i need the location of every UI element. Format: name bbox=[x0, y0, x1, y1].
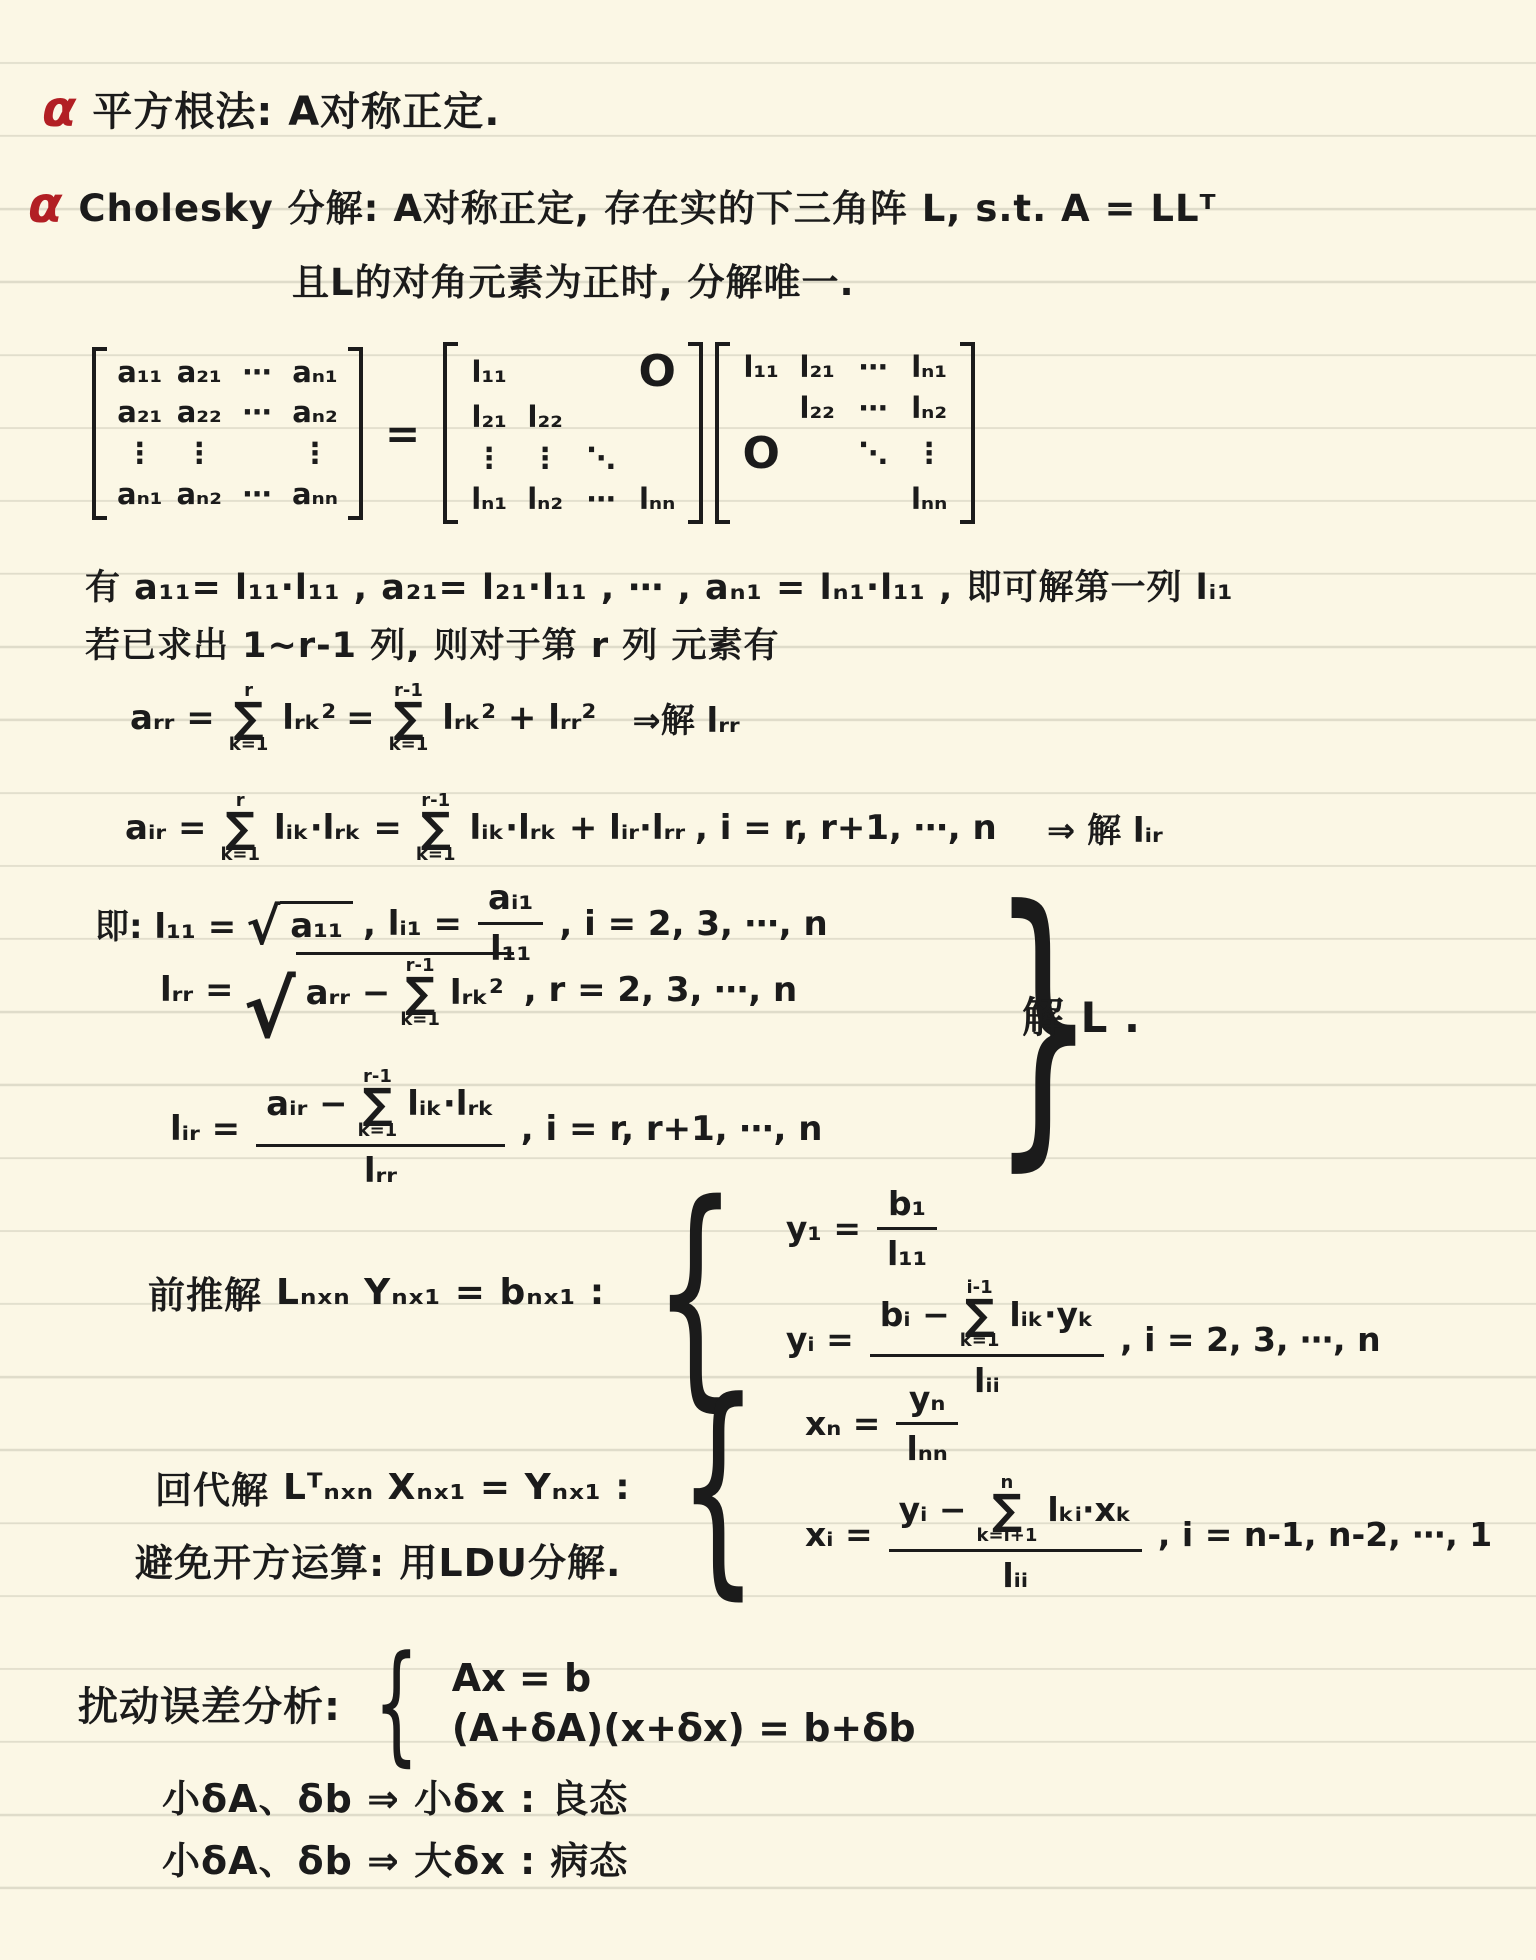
left-brace-icon: { bbox=[374, 1638, 419, 1768]
forward-substitution-label: 前推解 bbox=[148, 1265, 262, 1319]
matrix-cell: l₁₁ bbox=[468, 355, 510, 390]
sigma-icon: ∑ bbox=[393, 700, 423, 736]
sigma-icon: ∑ bbox=[421, 810, 451, 846]
lir-numerator-pre: aᵢᵣ − bbox=[266, 1084, 347, 1124]
right-bracket bbox=[688, 342, 703, 524]
arr-equals: = bbox=[346, 698, 375, 738]
matrix-cell: lₙ₁ bbox=[468, 482, 510, 517]
summation: i-1 ∑ k=1 bbox=[960, 1279, 1000, 1351]
square-root: √ a₁₁ bbox=[246, 901, 353, 946]
fraction-numerator: b₁ bbox=[877, 1184, 937, 1227]
heading-sqrt-method: 平方根法: A对称正定. bbox=[92, 80, 500, 137]
alpha-marker-icon: α bbox=[28, 180, 62, 230]
matrix-A: a₁₁a₂₁⋯aₙ₁a₂₁a₂₂⋯aₙ₂⋮⋮⋮aₙ₁aₙ₂⋯aₙₙ bbox=[92, 347, 363, 520]
equals-sign: = bbox=[385, 409, 421, 458]
matrix-cell: lₙₙ bbox=[908, 482, 950, 517]
air-term1: lᵢₖ·lᵣₖ = bbox=[274, 808, 402, 848]
matrix-cell: ⋱ bbox=[852, 436, 894, 471]
perturbation-label: 扰动误差分析: bbox=[78, 1675, 341, 1732]
forward-case-1: y₁ = b₁ l₁₁ bbox=[786, 1184, 943, 1273]
matrix-cell: lₙ₂ bbox=[908, 391, 950, 426]
matrix-cell: l₂₂ bbox=[524, 400, 566, 435]
back-case-2: xᵢ = yᵢ − n ∑ k=i+1 lₖᵢ·xₖ lᵢᵢ , i = n-1… bbox=[805, 1474, 1492, 1596]
xi-numerator-pre: yᵢ − bbox=[899, 1490, 967, 1529]
matrix-cell: a₂₁ bbox=[177, 355, 222, 390]
matrix-cell: lₙ₁ bbox=[908, 350, 950, 385]
right-bracket bbox=[348, 347, 363, 520]
radical-icon: √ bbox=[246, 908, 280, 949]
sigma-icon: ∑ bbox=[992, 1492, 1022, 1528]
xi-numerator-post: lₖᵢ·xₖ bbox=[1047, 1490, 1132, 1529]
left-brace-icon: { bbox=[678, 1372, 758, 1602]
matrix-cell: l₂₁ bbox=[468, 400, 510, 435]
matrix-cell: ⋱ bbox=[580, 441, 622, 476]
arr-lhs: aᵣᵣ = bbox=[130, 698, 215, 738]
matrix-cell: O bbox=[740, 432, 782, 476]
perturbation-eq1: Ax = b bbox=[452, 1656, 591, 1700]
matrix-cell: a₂₂ bbox=[177, 395, 222, 430]
back-cases: xₙ = yₙ lₙₙ xᵢ = yᵢ − n ∑ k=i+1 lₖᵢ·xₖ l… bbox=[805, 1379, 1492, 1596]
l11-lhs: 即: l₁₁ = bbox=[95, 899, 236, 948]
alpha-marker-icon: α bbox=[42, 84, 76, 134]
air-lhs: aᵢᵣ = bbox=[125, 808, 206, 848]
yi-lhs: yᵢ = bbox=[786, 1320, 854, 1359]
lrr-radicand-post: lᵣₖ² bbox=[450, 973, 504, 1013]
matrix-cell: aₙₙ bbox=[292, 477, 338, 512]
li1-lhs: , lᵢ₁ = bbox=[363, 904, 462, 944]
matrix-cell: ⋯ bbox=[852, 391, 894, 426]
original-system: Ax = b bbox=[452, 1656, 591, 1700]
matrix-cell: aₙ₂ bbox=[176, 477, 221, 512]
fraction-numerator: yᵢ − n ∑ k=i+1 lₖᵢ·xₖ bbox=[889, 1474, 1142, 1550]
sum-lower-limit: k=1 bbox=[229, 736, 269, 754]
summation: r ∑ k=1 bbox=[229, 682, 269, 754]
fraction-numerator: aᵢ₁ bbox=[478, 878, 543, 922]
column-r-derivation: 若已求出 1~r-1 列, 则对于第 r 列 元素有 bbox=[85, 618, 780, 668]
avoid-sqrt-note: 避免开方运算: 用LDU分解. bbox=[135, 1532, 621, 1587]
formula-arr: aᵣᵣ = r ∑ k=1 lᵣₖ² = r-1 ∑ k=1 lᵣₖ² + lᵣ… bbox=[130, 682, 740, 754]
lrr-lhs: lᵣᵣ = bbox=[160, 970, 233, 1010]
fraction-denominator: lᵢᵢ bbox=[889, 1549, 1142, 1595]
matrix-cell: ⋮ bbox=[468, 441, 510, 476]
sum-lower-limit: k=1 bbox=[389, 736, 429, 754]
sigma-icon: ∑ bbox=[362, 1086, 392, 1122]
xi-lhs: xᵢ = bbox=[805, 1515, 873, 1554]
matrix-cell: ⋮ bbox=[178, 436, 220, 471]
matrix-cell: ⋯ bbox=[580, 482, 622, 517]
perturbation-eq2: (A+δA)(x+δx) = b+δb bbox=[452, 1706, 916, 1750]
summation: r-1 ∑ k=1 bbox=[389, 682, 429, 754]
matrix-cell: l₂₂ bbox=[796, 391, 838, 426]
perturbed-system: (A+δA)(x+δx) = b+δb bbox=[452, 1706, 916, 1750]
fraction-numerator: aᵢᵣ − r-1 ∑ k=1 lᵢₖ·lᵣₖ bbox=[256, 1068, 505, 1144]
xn-lhs: xₙ = bbox=[805, 1404, 880, 1443]
sigma-icon: ∑ bbox=[233, 700, 263, 736]
matrix-LT-grid: l₁₁l₂₁⋯lₙ₁l₂₂⋯lₙ₂O⋱⋮lₙₙ bbox=[730, 342, 960, 524]
li1-index-range: , i = 2, 3, ⋯, n bbox=[559, 904, 827, 944]
solve-L-label: 解 L . bbox=[1022, 985, 1141, 1045]
matrix-cell: ⋯ bbox=[852, 350, 894, 385]
summation: r-1 ∑ k=1 bbox=[358, 1068, 398, 1140]
back-system-equation: Lᵀₙₓₙ Xₙₓ₁ = Yₙₓ₁ : bbox=[283, 1467, 631, 1508]
sigma-icon: ∑ bbox=[964, 1297, 994, 1333]
matrix-cell: a₂₁ bbox=[117, 395, 162, 430]
matrix-L-transpose: l₁₁l₂₁⋯lₙ₁l₂₂⋯lₙ₂O⋱⋮lₙₙ bbox=[715, 342, 975, 524]
air-term2: lᵢₖ·lᵣₖ + lᵢᵣ·lᵣᵣ bbox=[469, 808, 685, 848]
fraction: yₙ lₙₙ bbox=[896, 1379, 957, 1468]
sum-lower-limit: k=1 bbox=[400, 1011, 440, 1029]
right-bracket bbox=[960, 342, 975, 524]
summation: n ∑ k=i+1 bbox=[977, 1474, 1038, 1546]
radicand: a₁₁ bbox=[280, 901, 353, 946]
matrix-A-grid: a₁₁a₂₁⋯aₙ₁a₂₁a₂₂⋯aₙ₂⋮⋮⋮aₙ₁aₙ₂⋯aₙₙ bbox=[107, 347, 348, 520]
arr-term1: lᵣₖ² bbox=[282, 698, 336, 738]
heading-sqrt-method-row: α 平方根法: A对称正定. bbox=[42, 80, 500, 137]
cholesky-definition-line1: Cholesky 分解: A对称正定, 存在实的下三角阵 L, s.t. A =… bbox=[78, 178, 1216, 232]
lir-index-range: , i = r, r+1, ⋯, n bbox=[521, 1109, 823, 1149]
matrix-cell: ⋯ bbox=[236, 355, 278, 390]
summation: r-1 ∑ k=1 bbox=[416, 792, 456, 864]
left-bracket bbox=[92, 347, 107, 520]
matrix-cell: O bbox=[636, 350, 678, 394]
matrix-L: l₁₁Ol₂₁l₂₂⋮⋮⋱lₙ₁lₙ₂⋯lₙₙ bbox=[443, 342, 703, 524]
sigma-icon: ∑ bbox=[225, 810, 255, 846]
forward-system-equation: Lₙₓₙ Yₙₓ₁ = bₙₓ₁ : bbox=[276, 1272, 605, 1313]
matrix-cell: lₙ₂ bbox=[524, 482, 566, 517]
matrix-cell: ⋯ bbox=[236, 395, 278, 430]
matrix-cell: l₂₁ bbox=[796, 350, 838, 385]
notebook-page: { "page": {"paper_color":"#fbf7e5","rule… bbox=[0, 0, 1536, 1960]
sum-lower-limit: k=1 bbox=[358, 1122, 398, 1140]
xi-index-range: , i = n-1, n-2, ⋯, 1 bbox=[1158, 1515, 1492, 1554]
y1-lhs: y₁ = bbox=[786, 1209, 861, 1248]
matrix-cell: l₁₁ bbox=[740, 350, 782, 385]
matrix-cell: a₁₁ bbox=[117, 355, 162, 390]
yi-numerator-pre: bᵢ − bbox=[880, 1295, 950, 1334]
arr-term2: lᵣₖ² + lᵣᵣ² bbox=[442, 698, 596, 738]
matrix-cell: aₙ₁ bbox=[117, 477, 162, 512]
fraction-denominator: lₙₙ bbox=[896, 1422, 957, 1468]
yi-index-range: , i = 2, 3, ⋯, n bbox=[1120, 1320, 1380, 1359]
matrix-cell: lₙₙ bbox=[636, 482, 678, 517]
yi-numerator-post: lᵢₖ·yₖ bbox=[1009, 1295, 1094, 1334]
lir-numerator-post: lᵢₖ·lᵣₖ bbox=[407, 1084, 495, 1124]
back-substitution-label: 回代解 bbox=[155, 1460, 269, 1514]
matrix-cell: ⋮ bbox=[294, 436, 336, 471]
radical-icon: √ bbox=[243, 989, 295, 1032]
perturbation-equations: Ax = b (A+δA)(x+δx) = b+δb bbox=[452, 1656, 916, 1750]
sum-lower-limit: k=1 bbox=[960, 1332, 1000, 1350]
lrr-radicand-pre: aᵣᵣ − bbox=[306, 973, 391, 1013]
sum-lower-limit: k=1 bbox=[220, 846, 260, 864]
fraction: b₁ l₁₁ bbox=[877, 1184, 937, 1273]
left-bracket bbox=[715, 342, 730, 524]
cholesky-definition-line2: 且L的对角元素为正时, 分解唯一. bbox=[292, 252, 855, 306]
forward-cases: y₁ = b₁ l₁₁ yᵢ = bᵢ − i-1 ∑ k=1 lᵢₖ·yₖ l… bbox=[786, 1184, 1381, 1401]
matrix-L-grid: l₁₁Ol₂₁l₂₂⋮⋮⋱lₙ₁lₙ₂⋯lₙₙ bbox=[458, 342, 688, 524]
square-root: √ aᵣᵣ − r-1 ∑ k=1 lᵣₖ² bbox=[243, 952, 513, 1029]
left-bracket bbox=[443, 342, 458, 524]
radicand: aᵣᵣ − r-1 ∑ k=1 lᵣₖ² bbox=[296, 952, 514, 1029]
matrix-equation: a₁₁a₂₁⋯aₙ₁a₂₁a₂₂⋯aₙ₂⋮⋮⋮aₙ₁aₙ₂⋯aₙₙ = l₁₁O… bbox=[92, 342, 975, 524]
lir-lhs: lᵢᵣ = bbox=[170, 1109, 240, 1149]
sum-lower-limit: k=i+1 bbox=[977, 1527, 1038, 1545]
summation: r ∑ k=1 bbox=[220, 792, 260, 864]
cholesky-definition-row: α Cholesky 分解: A对称正定, 存在实的下三角阵 L, s.t. A… bbox=[28, 178, 1216, 232]
matrix-cell: ⋮ bbox=[908, 436, 950, 471]
matrix-cell: aₙ₁ bbox=[292, 355, 337, 390]
ill-conditioned-line: 小δA、δb ⇒ 大δx : 病态 bbox=[162, 1830, 628, 1885]
fraction-denominator: l₁₁ bbox=[877, 1227, 937, 1273]
summation: r-1 ∑ k=1 bbox=[400, 957, 440, 1029]
fraction-numerator: bᵢ − i-1 ∑ k=1 lᵢₖ·yₖ bbox=[870, 1279, 1104, 1355]
back-case-1: xₙ = yₙ lₙₙ bbox=[805, 1379, 964, 1468]
matrix-cell: ⋮ bbox=[119, 436, 161, 471]
matrix-cell: ⋯ bbox=[236, 477, 278, 512]
fraction-numerator: yₙ bbox=[896, 1379, 957, 1422]
sigma-icon: ∑ bbox=[405, 975, 435, 1011]
lrr-index-range: , r = 2, 3, ⋯, n bbox=[524, 970, 797, 1010]
first-column-derivation: 有 a₁₁= l₁₁·l₁₁ , a₂₁= l₂₁·l₁₁ , ⋯ , aₙ₁ … bbox=[85, 560, 1234, 610]
arr-conclusion: ⇒解 lᵣᵣ bbox=[632, 693, 739, 742]
well-conditioned-line: 小δA、δb ⇒ 小δx : 良态 bbox=[162, 1768, 628, 1823]
matrix-cell: ⋮ bbox=[524, 441, 566, 476]
sum-lower-limit: k=1 bbox=[416, 846, 456, 864]
air-index-range: , i = r, r+1, ⋯, n bbox=[695, 808, 997, 848]
formula-lrr: lᵣᵣ = √ aᵣᵣ − r-1 ∑ k=1 lᵣₖ² , r = 2, 3,… bbox=[160, 952, 797, 1029]
air-conclusion: ⇒ 解 lᵢᵣ bbox=[1047, 803, 1163, 852]
perturbation-block: 扰动误差分析: { Ax = b (A+δA)(x+δx) = b+δb bbox=[78, 1638, 916, 1768]
matrix-cell: aₙ₂ bbox=[292, 395, 337, 430]
fraction: yᵢ − n ∑ k=i+1 lₖᵢ·xₖ lᵢᵢ bbox=[889, 1474, 1142, 1596]
